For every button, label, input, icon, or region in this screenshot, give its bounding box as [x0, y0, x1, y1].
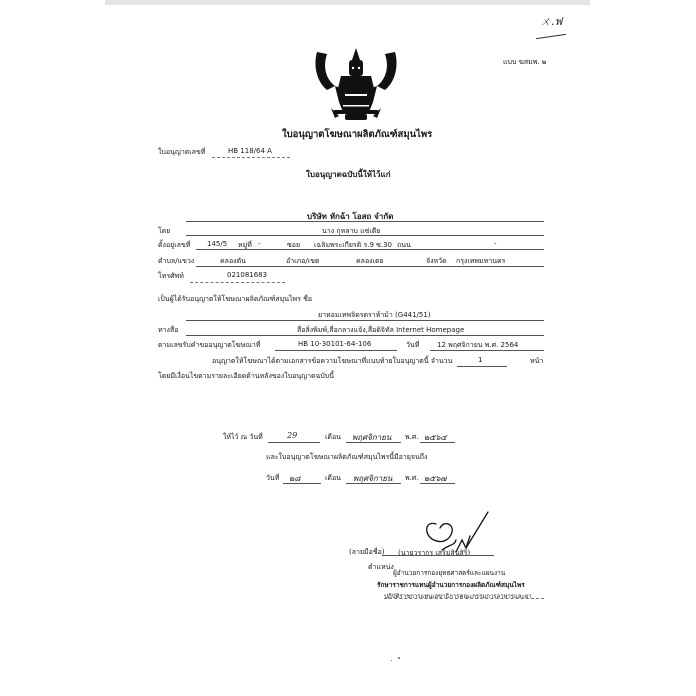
page-unit: หน้า — [530, 356, 543, 367]
signature-label: (ลายมือชื่อ) — [349, 547, 385, 558]
validity-text: และใบอนุญาตโฆษณาผลิตภัณฑ์สมุนไพรนี้มีอาย… — [266, 452, 427, 463]
request-date-label: วันที่ — [406, 340, 419, 351]
request-no-value: HB 10-30101-64-106 — [298, 340, 371, 348]
garuda-emblem-icon — [313, 46, 399, 124]
permission-text: อนุญาตให้โฆษณาได้ตามเอกสารข้อความโฆษณาที… — [212, 356, 452, 367]
viewer-top-bar — [105, 0, 590, 5]
signatory-name: (นายวรากร เสริมสินสิริ) — [398, 548, 470, 559]
issued-year-label: พ.ศ. — [405, 432, 419, 443]
page-count: 1 — [478, 356, 482, 364]
by-label: โดย — [158, 226, 170, 237]
issued-day: 29 — [287, 431, 297, 440]
road-value: - — [494, 240, 497, 248]
expiry-date-label: วันที่ — [266, 473, 279, 484]
expiry-year-label: พ.ศ. — [405, 473, 419, 484]
condition-text: โดยมีเงื่อนไขตามรายละเอียดด้านหลังของใบอ… — [158, 371, 334, 382]
phone-value: 021081683 — [227, 271, 267, 279]
scan-speck — [391, 660, 392, 661]
position-line-2: รักษาราชการแทนผู้อำนวยการกองผลิตภัณฑ์สมุ… — [377, 580, 525, 590]
form-code: แบบ ฆสมพ. ๒ — [503, 57, 546, 68]
issued-to-heading: ใบอนุญาตฉบับนี้ให้ไว้แก่ — [306, 168, 391, 181]
media-label: ทางสื่อ — [158, 325, 178, 336]
house-no-label: ตั้งอยู่เลขที่ — [158, 240, 190, 251]
moo-value: - — [258, 240, 261, 248]
subdistrict-label: ตำบล/แขวง — [158, 256, 194, 267]
license-no-value: HB 118/64 A — [228, 147, 272, 155]
scan-speck — [398, 657, 400, 659]
expiry-month-label: เดือน — [325, 473, 341, 484]
licensee-statement: เป็นผู้ได้รับอนุญาตให้โฆษณาผลิตภัณฑ์สมุน… — [158, 294, 312, 305]
phone-label: โทรศัพท์ — [158, 271, 184, 282]
license-no-label: ใบอนุญาตเลขที่ — [158, 147, 205, 158]
issued-date-label: ให้ไว้ ณ วันที่ — [223, 432, 263, 443]
position-label: ตำแหน่ง — [368, 562, 394, 573]
handwritten-corner-mark: ㄨ.ฟ — [540, 12, 562, 30]
position-line-3: ปฏิบัติราชการแทนเลขาธิการคณะกรรมการอาหาร… — [384, 591, 532, 601]
document-title: ใบอนุญาตโฆษณาผลิตภัณฑ์สมุนไพร — [282, 127, 432, 142]
position-line-1: ผู้อำนวยการกองยุทธศาสตร์และแผนงาน — [393, 568, 505, 578]
request-no-label: ตามเลขรับคำขออนุญาตโฆษณาที่ — [158, 340, 260, 351]
issued-month-label: เดือน — [325, 432, 341, 443]
corner-mark-stroke — [536, 34, 566, 39]
house-no-value: 145/5 — [207, 240, 227, 248]
